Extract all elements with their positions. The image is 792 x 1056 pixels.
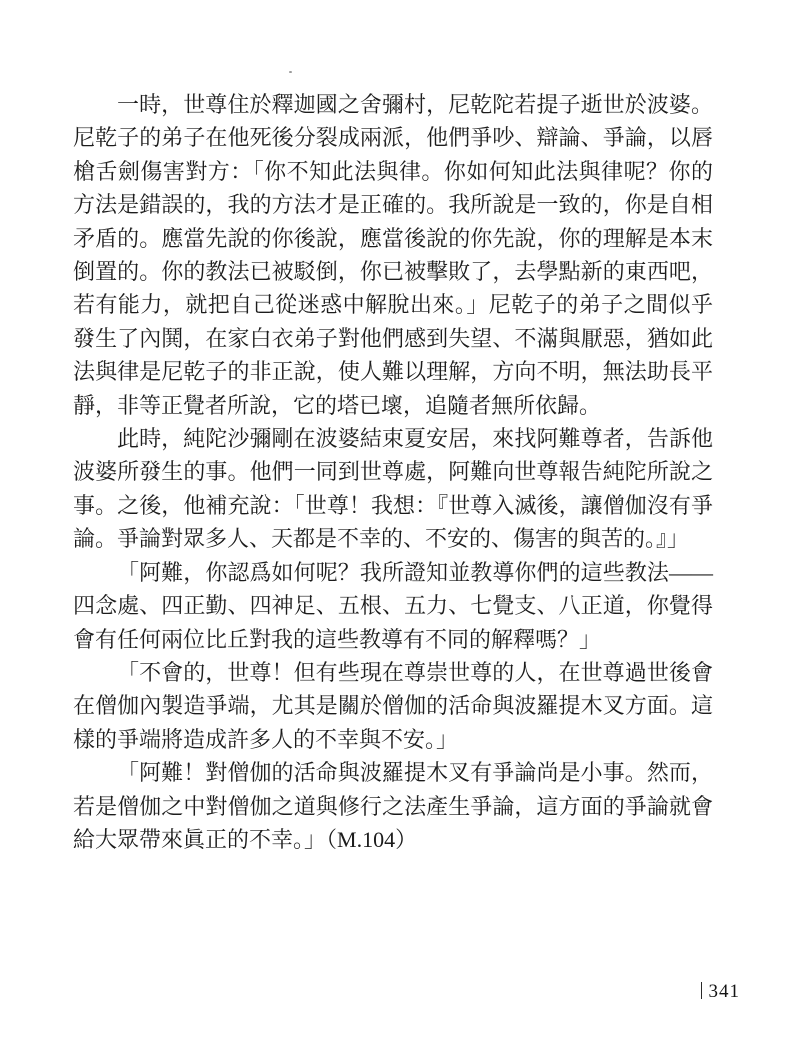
page-number: 341 [709, 981, 741, 1003]
paragraph-1: 一時，世尊住於釋迦國之舍彌村，尼乾陀若提子逝世於波婆。尼乾子的弟子在他死後分裂成… [73, 88, 713, 422]
page-footer: 341 [701, 980, 741, 1003]
page-number-divider [701, 982, 702, 999]
text-block: 一時，世尊住於釋迦國之舍彌村，尼乾陀若提子逝世於波婆。尼乾子的弟子在他死後分裂成… [73, 88, 713, 856]
scan-artifact-dot [289, 71, 292, 73]
book-page: 一時，世尊住於釋迦國之舍彌村，尼乾陀若提子逝世於波婆。尼乾子的弟子在他死後分裂成… [0, 0, 792, 1056]
paragraph-5: 「阿難！對僧伽的活命與波羅提木叉有爭論尚是小事。然而，若是僧伽之中對僧伽之道與修… [73, 756, 713, 856]
paragraph-3: 「阿難，你認爲如何呢？我所證知並教導你們的這些教法——四念處、四正勤、四神足、五… [73, 556, 713, 656]
paragraph-2: 此時，純陀沙彌剛在波婆結束夏安居，來找阿難尊者，告訴他波婆所發生的事。他們一同到… [73, 422, 713, 556]
paragraph-4: 「不會的，世尊！但有些現在尊崇世尊的人，在世尊過世後會在僧伽內製造爭端，尤其是關… [73, 656, 713, 756]
